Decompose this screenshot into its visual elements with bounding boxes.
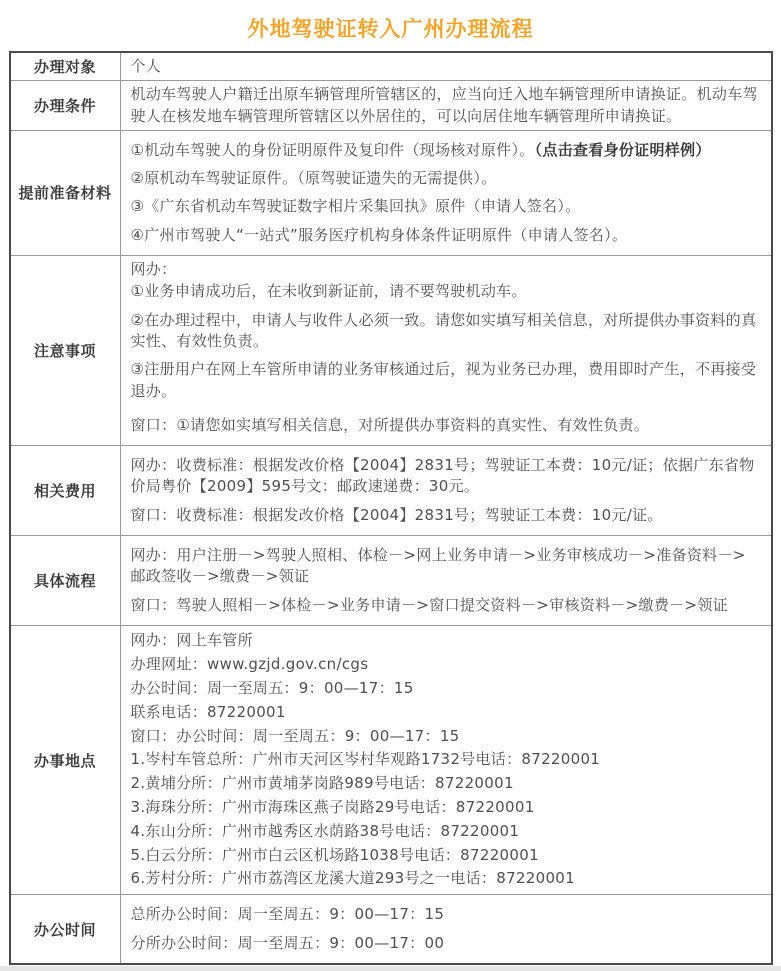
row-fees: 相关费用 网办：收费标准：根据发改价格【2004】2831号；驾驶证工本费：10…	[10, 446, 772, 536]
row-label-target: 办理对象	[10, 52, 121, 81]
row-label-materials: 提前准备材料	[10, 130, 121, 255]
row-process: 具体流程 网办：用户注册－>驾驶人照相、体检－>网上业务申请－>业务审核成功－>…	[10, 536, 772, 626]
cell-hours: 总所办公时间：周一至周五：9：00—17：15 分所办公时间：周一至周五：9：0…	[120, 895, 772, 964]
cell-materials: ①机动车驾驶人的身份证明原件及复印件（现场核对原件）。（点击查看身份证明样例） …	[120, 130, 772, 255]
locations-online-office: 网办：网上车管所	[131, 630, 761, 651]
target-line: 个人	[131, 56, 761, 77]
process-online-line: 网办：用户注册－>驾驶人照相、体检－>网上业务申请－>业务审核成功－>准备资料－…	[131, 545, 761, 588]
material-line-2: ②原机动车驾驶证原件。（原驾驶证遗失的无需提供）。	[131, 168, 761, 189]
material-line-4: ④广州市驾驶人“一站式”服务医疗机构身体条件证明原件（申请人签名）。	[131, 225, 761, 246]
material-line-1-text: ①机动车驾驶人的身份证明原件及复印件（现场核对原件）。	[131, 141, 535, 159]
row-materials: 提前准备材料 ①机动车驾驶人的身份证明原件及复印件（现场核对原件）。（点击查看身…	[10, 130, 772, 255]
locations-phone: 联系电话：87220001	[131, 702, 761, 723]
row-label-fees: 相关费用	[10, 446, 121, 536]
row-label-hours: 办公时间	[10, 895, 121, 964]
notes-online-line-1: ①业务申请成功后，在未收到新证前，请不要驾驶机动车。	[131, 281, 761, 302]
cell-fees: 网办：收费标准：根据发改价格【2004】2831号；驾驶证工本费：10元/证；依…	[120, 446, 772, 536]
row-label-notes: 注意事项	[10, 256, 121, 446]
row-label-locations: 办事地点	[10, 625, 121, 894]
location-item-3: 3.海珠分所：广州市海珠区燕子岗路29号电话：87220001	[131, 797, 761, 818]
notes-online-line-2: ②在办理过程中，申请人与收件人必须一致。请您如实填写相关信息，对所提供办事资料的…	[131, 310, 761, 353]
location-item-6: 6.芳村分所：广州市荔湾区龙溪大道293号之一电话：87220001	[131, 868, 761, 889]
row-hours: 办公时间 总所办公时间：周一至周五：9：00—17：15 分所办公时间：周一至周…	[10, 895, 772, 964]
cell-notes: 网办： ①业务申请成功后，在未收到新证前，请不要驾驶机动车。 ②在办理过程中，申…	[120, 256, 772, 446]
hours-main-office: 总所办公时间：周一至周五：9：00—17：15	[131, 904, 761, 925]
notes-online-header: 网办：	[131, 259, 761, 280]
row-conditions: 办理条件 机动车驾驶人户籍迁出原车辆管理所管辖区的，应当向迁入地车辆管理所申请换…	[10, 81, 772, 131]
hours-branch-office: 分所办公时间：周一至周五：9：00—17：00	[131, 933, 761, 954]
page: 外地驾驶证转入广州办理流程 办理对象 个人 办理条件 机动车驾驶人户籍迁出原车辆…	[0, 0, 781, 971]
row-locations: 办事地点 网办：网上车管所 办理网址：www.gzjd.gov.cn/cgs 办…	[10, 625, 772, 894]
row-label-process: 具体流程	[10, 536, 121, 626]
process-counter-line: 窗口：驾驶人照相－>体检－>业务申请－>窗口提交资料－>审核资料－>缴费－>领证	[131, 595, 761, 616]
page-bottom-shadow	[0, 966, 781, 971]
fees-counter-line: 窗口：收费标准：根据发改价格【2004】2831号；驾驶证工本费：10元/证。	[131, 505, 761, 526]
row-target: 办理对象 个人	[10, 52, 772, 81]
page-title: 外地驾驶证转入广州办理流程	[0, 0, 781, 51]
cell-locations: 网办：网上车管所 办理网址：www.gzjd.gov.cn/cgs 办公时间：周…	[120, 625, 772, 894]
row-notes: 注意事项 网办： ①业务申请成功后，在未收到新证前，请不要驾驶机动车。 ②在办理…	[10, 256, 772, 446]
material-line-1: ①机动车驾驶人的身份证明原件及复印件（现场核对原件）。（点击查看身份证明样例）	[131, 140, 761, 161]
procedure-table: 办理对象 个人 办理条件 机动车驾驶人户籍迁出原车辆管理所管辖区的，应当向迁入地…	[9, 51, 773, 965]
notes-online-line-3: ③注册用户在网上车管所申请的业务审核通过后，视为业务已办理，费用即时产生，不再接…	[131, 359, 761, 402]
locations-online-hours: 办公时间：周一至周五：9：00—17：15	[131, 678, 761, 699]
fees-online-line: 网办：收费标准：根据发改价格【2004】2831号；驾驶证工本费：10元/证；依…	[131, 455, 761, 498]
locations-counter-hours: 窗口：办公时间：周一至周五：9：00—17：15	[131, 726, 761, 747]
cell-target: 个人	[120, 52, 772, 81]
location-item-5: 5.白云分所：广州市白云区机场路1038号电话：87220001	[131, 845, 761, 866]
conditions-text: 机动车驾驶人户籍迁出原车辆管理所管辖区的，应当向迁入地车辆管理所申请换证。机动车…	[131, 84, 761, 127]
location-item-4: 4.东山分所：广州市越秀区水荫路38号电话：87220001	[131, 821, 761, 842]
cell-process: 网办：用户注册－>驾驶人照相、体检－>网上业务申请－>业务审核成功－>准备资料－…	[120, 536, 772, 626]
material-line-3: ③《广东省机动车驾驶证数字相片采集回执》原件（申请人签名）。	[131, 196, 761, 217]
notes-counter-line: 窗口：①请您如实填写相关信息，对所提供办事资料的真实性、有效性负责。	[131, 415, 761, 436]
row-label-conditions: 办理条件	[10, 81, 121, 131]
view-id-sample-link[interactable]: （点击查看身份证明样例）	[535, 141, 711, 159]
locations-website-url: 办理网址：www.gzjd.gov.cn/cgs	[131, 654, 761, 675]
cell-conditions: 机动车驾驶人户籍迁出原车辆管理所管辖区的，应当向迁入地车辆管理所申请换证。机动车…	[120, 81, 772, 131]
location-item-2: 2.黄埔分所：广州市黄埔茅岗路989号电话：87220001	[131, 773, 761, 794]
location-item-1: 1.岑村车管总所：广州市天河区岑村华观路1732号电话：87220001	[131, 749, 761, 770]
